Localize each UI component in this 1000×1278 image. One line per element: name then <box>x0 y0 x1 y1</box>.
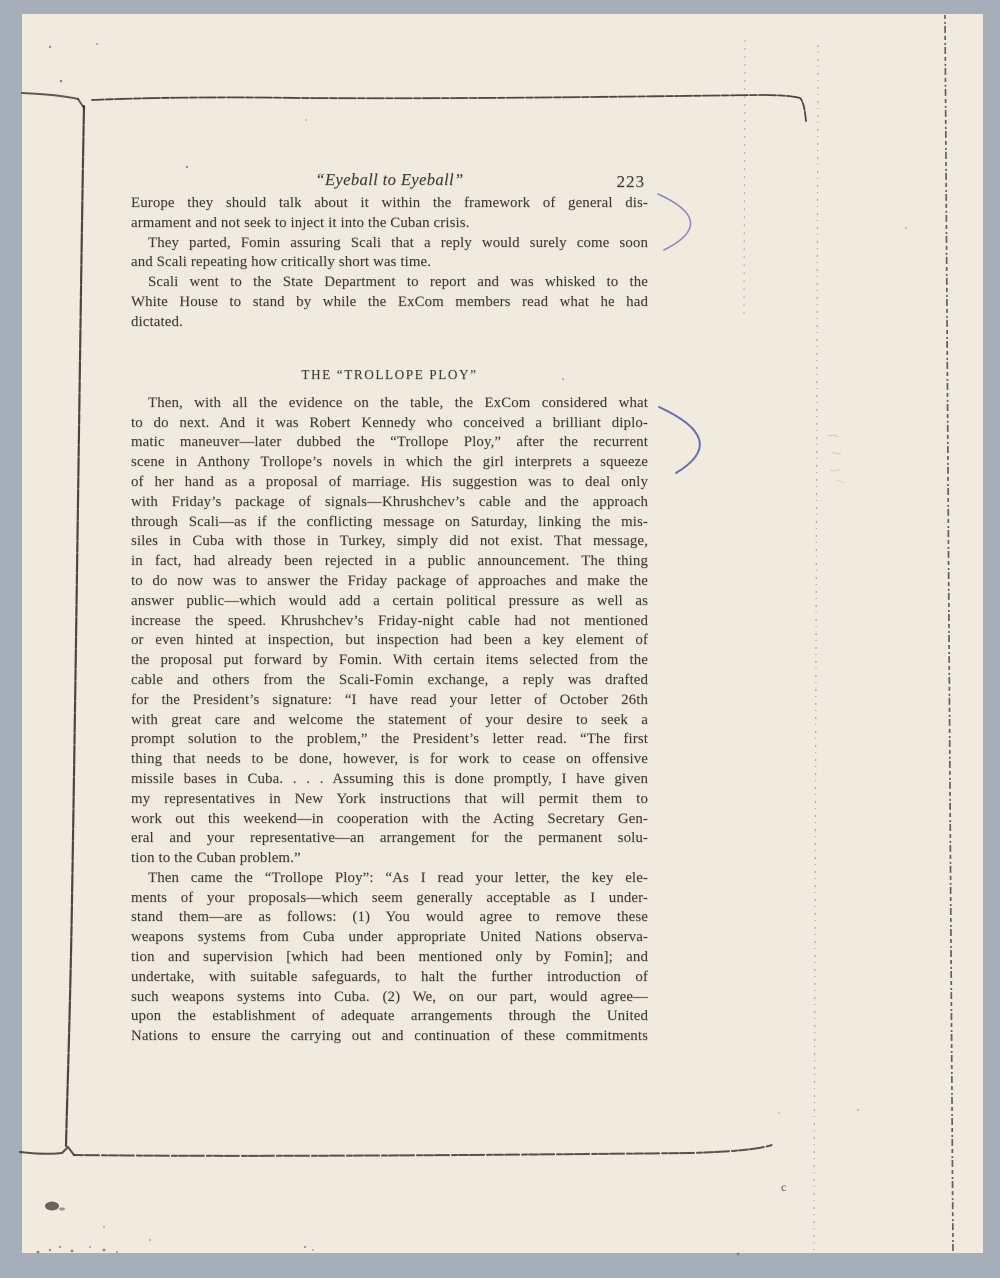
text-line: White House to stand by while the ExCom … <box>131 293 648 313</box>
text-line: Scali went to the State Department to re… <box>131 273 648 293</box>
text-line: upon the establishment of adequate arran… <box>131 1007 648 1027</box>
text-line: cable and others from the Scali-Fomin ex… <box>131 671 648 691</box>
text-line: the proposal put forward by Fomin. With … <box>131 651 648 671</box>
text-line: or even hinted at inspection, but inspec… <box>131 631 648 651</box>
section-heading: THE “TROLLOPE PLOY” <box>131 365 648 385</box>
running-title: “Eyeball to Eyeball” <box>131 170 648 190</box>
text-line: for the President’s signature: “I have r… <box>131 691 648 711</box>
text-line: Then came the “Trollope Ploy”: “As I rea… <box>131 869 648 889</box>
text-line: weapons systems from Cuba under appropri… <box>131 928 648 948</box>
text-line: with great care and welcome the statemen… <box>131 711 648 731</box>
text-line: armament and not seek to inject it into … <box>131 214 648 234</box>
text-line: dictated. <box>131 313 648 333</box>
text-line: eral and your representative—an arrangem… <box>131 829 648 849</box>
text-line: Then, with all the evidence on the table… <box>131 394 648 414</box>
text-line: prompt solution to the problem,” the Pre… <box>131 730 648 750</box>
text-line: stand them—are as follows: (1) You would… <box>131 908 648 928</box>
text-line: Nations to ensure the carrying out and c… <box>131 1027 648 1047</box>
text-line: with Friday’s package of signals—Khrushc… <box>131 493 648 513</box>
text-line: increase the speed. Khrushchev’s Friday-… <box>131 612 648 632</box>
text-line: scene in Anthony Trollope’s novels in wh… <box>131 453 648 473</box>
text-line: to do next. And it was Robert Kennedy wh… <box>131 414 648 434</box>
text-line: tion and supervision [which had been men… <box>131 948 648 968</box>
text-line: siles in Cuba with those in Turkey, simp… <box>131 532 648 552</box>
text-line: answer public—which would add a certain … <box>131 592 648 612</box>
text-line: in fact, had already been rejected in a … <box>131 552 648 572</box>
body-text: Europe they should talk about it within … <box>131 194 648 1047</box>
scan-background: “Eyeball to Eyeball” 223 Europe they sho… <box>0 0 1000 1278</box>
text-line: missile bases in Cuba. . . . Assuming th… <box>131 770 648 790</box>
text-line: They parted, Fomin assuring Scali that a… <box>131 234 648 254</box>
text-line: such weapons systems into Cuba. (2) We, … <box>131 988 648 1008</box>
text-line: through Scali—as if the conflicting mess… <box>131 513 648 533</box>
text-line: and Scali repeating how critically short… <box>131 253 648 273</box>
page-number: 223 <box>617 172 646 192</box>
text-line: matic maneuver—later dubbed the “Trollop… <box>131 433 648 453</box>
page-header: “Eyeball to Eyeball” 223 <box>131 170 648 194</box>
stray-mark-c: c <box>781 1180 786 1195</box>
text-line: to do now was to answer the Friday packa… <box>131 572 648 592</box>
text-line: tion to the Cuban problem.” <box>131 849 648 869</box>
text-line: my representatives in New York instructi… <box>131 790 648 810</box>
text-line: Europe they should talk about it within … <box>131 194 648 214</box>
text-line: ments of your proposals—which seem gener… <box>131 889 648 909</box>
text-line: work out this weekend—in cooperation wit… <box>131 810 648 830</box>
text-line: of her hand as a proposal of marriage. H… <box>131 473 648 493</box>
text-line: undertake, with suitable safeguards, to … <box>131 968 648 988</box>
text-line: thing that needs to be done, however, is… <box>131 750 648 770</box>
